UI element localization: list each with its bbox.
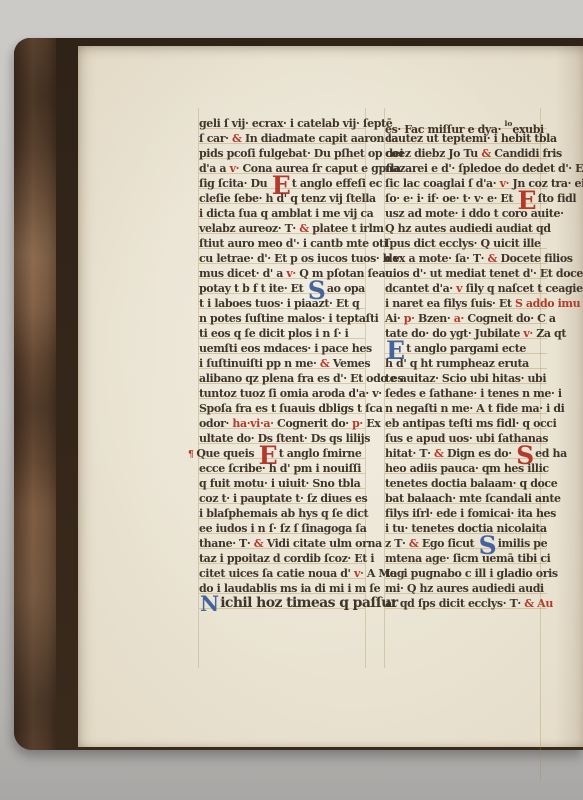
text-segment: do i laudablis ms ia di mi i m ſe [199, 582, 380, 595]
text-segment: & [299, 222, 312, 235]
text-segment: Vemes [333, 357, 370, 370]
text-segment: platee t irlm [312, 222, 383, 235]
text-segment: at qd ſps dicit ecclys· T· [385, 597, 524, 610]
text-segment: cautez ut teptemi· i hebit tbla [385, 132, 557, 145]
text-segment: tenetes doctia balaam· q doce [385, 477, 557, 490]
text-segment: & [409, 537, 422, 550]
text-segment: odor· [199, 417, 232, 430]
text-segment: a· [454, 312, 468, 325]
text-segment: ao opa [327, 282, 365, 295]
text-line: tuntoz tuoz ſi omia aroda d'a· v· [199, 386, 365, 401]
text-segment: velabz aureoz· T· [199, 222, 299, 235]
text-line: citet uices ſa catie noua d' v· A Mag [199, 566, 365, 581]
text-segment: Ai· [385, 312, 404, 325]
text-segment: thane· T· [199, 537, 254, 550]
text-line: ſo· e· i· if· oe· t· v· e· Et Eſto fidl [385, 191, 547, 206]
text-segment: v· [500, 177, 513, 190]
text-segment: ſo· e· i· if· oe· t· v· e· Et [385, 192, 517, 205]
text-line: i tu· tenetes doctia nicolaita [385, 521, 547, 536]
text-line: bat balaach· mte ſcandali ante [385, 491, 547, 506]
text-segment: & Au [524, 597, 553, 610]
text-line: dcantet d'a· v ſily q naſcet t ceagie [385, 281, 547, 296]
text-segment: ichil hoz timeas q paſſur [220, 595, 397, 611]
text-segment: q fuit motu· i uiuit· Sno tbla [199, 477, 360, 490]
text-segment: ſto fidl [538, 192, 577, 205]
text-line: mtena age· ſicm uemā tibi ci [385, 551, 547, 566]
text-line: es· Fac miſſur e dya· loexubi [385, 116, 547, 131]
text-line: t i laboes tuos· i piaazt· Et q [199, 296, 365, 311]
stacked-page-edges [54, 43, 80, 747]
text-segment: v· [523, 327, 536, 340]
text-segment: v· [230, 162, 243, 175]
text-segment: & [320, 357, 333, 370]
text-line: ſ car· & In diadmate capit aaron la [199, 131, 365, 146]
text-line: tate do· do ygt· Jubilate v· Za qt [385, 326, 547, 341]
text-line: eb antipas teſti ms fidl· q occi [385, 416, 547, 431]
text-segment: alibano qz plena fra es d'· Et odo es [199, 372, 403, 385]
drop-cap-initial: N [199, 591, 220, 616]
text-segment: te auitaz· Scio ubi hitas· ubi [385, 372, 546, 385]
text-segment: S addo imu [515, 297, 580, 310]
text-line: cu letrae· d'· Et p os iucos tuos· b v [199, 251, 365, 266]
text-line: alibano qz plena fra es d'· Et odo es [199, 371, 365, 386]
text-segment: h d' q ht rumpheaz eruta [385, 357, 529, 370]
text-line: usz ad mote· i ddo t coro auite· [385, 206, 547, 221]
text-segment: d'a a [199, 162, 230, 175]
text-segment: Ex [366, 417, 380, 430]
text-line: ſpus dict ecclys· Q uicit ille [385, 236, 547, 251]
text-segment: Ego ſicut [422, 537, 478, 550]
text-line: coz t· i pauptate t· ſz diues es [199, 491, 365, 506]
text-line: Q hz autes audiedi audiat qd [385, 221, 547, 236]
text-segment: to· i pugnabo c ill i gladio oris [385, 567, 558, 580]
text-line: tenetes doctia balaam· q doce [385, 476, 547, 491]
text-segment: taz i ppoitaz d cordib ſcoz· Et i [199, 552, 374, 565]
text-segment: eb antipas teſti ms fidl· q occi [385, 417, 556, 430]
text-segment: ſ car· [199, 132, 232, 145]
text-line: taz i ppoitaz d cordib ſcoz· Et i [199, 551, 365, 566]
manuscript-photo: geli ſ vij· ecrax· i catelab vij· ſeptēſ… [0, 0, 583, 800]
text-segment: n negaſti n me· A t fide ma· i di [385, 402, 564, 415]
text-line: hitat· T· & Dign es do· Sed ha [385, 446, 547, 461]
text-segment: Cona aurea ſr caput e gpſla [242, 162, 400, 175]
text-line: Ai· p· Bzen· a· Cogneit do· C a [385, 311, 547, 326]
text-segment: i naret ea filys ſuis· Et [385, 297, 515, 310]
text-segment: p· [352, 417, 366, 430]
text-segment: ed ha [535, 447, 567, 460]
text-line: dex a mote· ſa· T· & Docete filios [385, 251, 547, 266]
text-line: geli ſ vij· ecrax· i catelab vij· ſeptē [199, 116, 365, 131]
text-segment: & [488, 252, 501, 265]
text-line: te auitaz· Scio ubi hitas· ubi [385, 371, 547, 386]
text-segment: cleſie ſebe· h d' q tenz vij ſtella [199, 192, 376, 205]
text-segment: z T· [385, 537, 409, 550]
text-line: coez diebz Jo Tu & Candidi fris [385, 146, 547, 161]
text-segment: i blaſphemais ab hys q ſe dict [199, 507, 368, 520]
text-segment: ecce ſcribe· h d' pm i nouiſſi [199, 462, 361, 475]
text-line: i dicta ſua q amblat i me vij ca [199, 206, 365, 221]
text-segment: i dicta ſua q amblat i me vij ca [199, 207, 373, 220]
text-line: q fuit motu· i uiuit· Sno tbla [199, 476, 365, 491]
text-line: filys iſrl· ede i fomicai· ita hes [385, 506, 547, 521]
text-line: ſtiut auro meo d'· i cantb mte oti [199, 236, 365, 251]
text-line: uios d'· ut mediat tenet d'· Et doce [385, 266, 547, 281]
text-line: cleſie ſebe· h d' q tenz vij ſtella [199, 191, 365, 206]
text-segment: hitat· T· [385, 447, 434, 460]
text-segment: ſic lac coaglai ſ d'a· [385, 177, 500, 190]
text-segment: heo adiis pauca· qm hes illic [385, 462, 549, 475]
text-segment: potay t b f t ite· Et [199, 282, 307, 295]
text-segment: t anglo ſmirne [279, 447, 362, 460]
text-line: potay t b f t ite· Et Sao opa [199, 281, 365, 296]
text-segment: & [254, 537, 267, 550]
text-line: cautez ut teptemi· i hebit tbla [385, 131, 547, 146]
text-line: ee iudos i n ſ· ſz ſ ſinagoga ſa [199, 521, 365, 536]
text-segment: mtena age· ſicm uemā tibi ci [385, 552, 550, 565]
text-line: ti eos q ſe dicit plos i n ſ· i [199, 326, 365, 341]
text-segment: Cognerit do· [277, 417, 352, 430]
text-segment: ſpus dict ecclys· Q uicit ille [385, 237, 541, 250]
text-segment: n potes ſuſtine malos· i teptaſti [199, 312, 378, 325]
text-segment: In diadmate capit aaron la [245, 132, 398, 145]
text-line: i naret ea filys ſuis· Et S addo imu [385, 296, 547, 311]
text-line: Nichil hoz timeas q paſſur [199, 596, 365, 611]
text-line: mus dicet· d' a v· Q m pſotan ſeac [199, 266, 365, 281]
text-segment: p· [404, 312, 418, 325]
text-segment: uemſti eos mdaces· i pace hes [199, 342, 372, 355]
text-line: Spoſa fra es t ſuauis dbligs t ſca [199, 401, 365, 416]
text-segment: citet uices ſa catie noua d' [199, 567, 354, 580]
text-segment: Bzen· [418, 312, 454, 325]
text-line: i blaſphemais ab hys q ſe dict [199, 506, 365, 521]
book: geli ſ vij· ecrax· i catelab vij· ſeptēſ… [14, 38, 583, 750]
text-segment: Cogneit do· C a [467, 312, 555, 325]
text-segment: Que queis [196, 447, 257, 460]
text-column-left: geli ſ vij· ecrax· i catelab vij· ſeptēſ… [199, 116, 365, 613]
text-column-right: es· Fac miſſur e dya· loexubicautez ut t… [385, 116, 547, 613]
text-line: i ſuſtinuiſti pp n me· & Vemes [199, 356, 365, 371]
text-line: thane· T· & Vidi citate ulm orna [199, 536, 365, 551]
text-segment: dex a mote· ſa· T· [385, 252, 488, 265]
text-line: n negaſti n me· A t fide ma· i di [385, 401, 547, 416]
text-segment: t i laboes tuos· i piaazt· Et q [199, 297, 359, 310]
text-segment: Vidi citate ulm orna [267, 537, 382, 550]
manuscript-page: geli ſ vij· ecrax· i catelab vij· ſeptēſ… [78, 46, 583, 747]
text-segment: bat balaach· mte ſcandali ante [385, 492, 561, 505]
text-segment: v [456, 282, 465, 295]
text-segment: Za qt [536, 327, 566, 340]
text-segment: geli ſ vij· ecrax· i catelab vij· ſeptē [199, 117, 392, 130]
text-line: ecce ſcribe· h d' pm i nouiſſi [199, 461, 365, 476]
text-line: uemſti eos mdaces· i pace hes [199, 341, 365, 356]
text-line: ¶Que queis Et anglo ſmirne [199, 446, 365, 461]
text-line: ſig ſcita· Du Et anglo effeſi ec [199, 176, 365, 191]
text-segment: ee iudos i n ſ· ſz ſ ſinagoga ſa [199, 522, 366, 535]
text-segment: ti eos q ſe dicit plos i n ſ· i [199, 327, 348, 340]
text-segment: Docete filios [500, 252, 572, 265]
text-segment: uios d'· ut mediat tenet d'· Et doce [385, 267, 583, 280]
text-segment: i tu· tenetes doctia nicolaita [385, 522, 547, 535]
text-segment: ſedes e ſathane· i tenes n me· i [385, 387, 562, 400]
text-segment: ſig ſcita· Du [199, 177, 271, 190]
text-segment: cu letrae· d'· Et p os iucos tuos· b v [199, 252, 399, 265]
text-line: z T· & Ego ſicut Similis pe [385, 536, 547, 551]
text-line: Et anglo pargami ecte [385, 341, 547, 356]
text-segment: Q hz autes audiedi audiat qd [385, 222, 551, 235]
text-segment: Candidi fris [494, 147, 562, 160]
text-segment: ſtiut auro meo d'· i cantb mte oti [199, 237, 388, 250]
text-line: nazarei e d'· ſpledoe do dedet d'· Et [385, 161, 547, 176]
text-segment: v· [286, 267, 299, 280]
text-line: pids pcoſi fulgebat· Du pſhet op dei [199, 146, 365, 161]
text-segment: dcantet d'a· [385, 282, 456, 295]
text-line: h d' q ht rumpheaz eruta [385, 356, 547, 371]
text-segment: ultate do· Ds ſtent· Ds qs lilijs [199, 432, 370, 445]
text-segment: mi· Q hz aures audiedi audi [385, 582, 544, 595]
text-segment: filys iſrl· ede i fomicai· ita hes [385, 507, 556, 520]
text-segment: v· [354, 567, 367, 580]
text-segment: Spoſa fra es t ſuauis dbligs t ſca [199, 402, 382, 415]
text-line: velabz aureoz· T· & platee t irlm [199, 221, 365, 236]
text-segment: ſily q naſcet t ceagie [466, 282, 583, 295]
text-segment: coez diebz Jo Tu [385, 147, 481, 160]
text-segment: t anglo pargami ecte [406, 342, 526, 355]
text-segment: mus dicet· d' a [199, 267, 286, 280]
text-line: do i laudablis ms ia di mi i m ſe [199, 581, 365, 596]
text-segment: coz t· i pauptate t· ſz diues es [199, 492, 367, 505]
text-line: to· i pugnabo c ill i gladio oris [385, 566, 547, 581]
text-segment: t anglo effeſi ec [292, 177, 382, 190]
text-line: n potes ſuſtine malos· i teptaſti [199, 311, 365, 326]
text-line: ſedes e ſathane· i tenes n me· i [385, 386, 547, 401]
text-segment: ha·vi·a· [232, 417, 277, 430]
text-line: odor· ha·vi·a· Cognerit do· p· Ex [199, 416, 365, 431]
text-segment: nazarei e d'· ſpledoe do dedet d'· Et [385, 162, 583, 175]
paraph-mark: ¶ [188, 450, 193, 460]
text-line: heo adiis pauca· qm hes illic [385, 461, 547, 476]
text-segment: & [434, 447, 447, 460]
text-segment: Dign es do· [447, 447, 515, 460]
text-segment: & [481, 147, 494, 160]
text-line: mi· Q hz aures audiedi audi [385, 581, 547, 596]
text-segment: pids pcoſi fulgebat· Du pſhet op dei [199, 147, 403, 160]
text-line: at qd ſps dicit ecclys· T· & Au [385, 596, 547, 611]
text-line: ultate do· Ds ſtent· Ds qs lilijs [199, 431, 365, 446]
text-segment: & [232, 132, 245, 145]
text-segment: i ſuſtinuiſti pp n me· [199, 357, 320, 370]
text-segment: tuntoz tuoz ſi omia aroda d'a· v· [199, 387, 382, 400]
text-segment: imilis pe [498, 537, 547, 550]
book-spine-leather [14, 38, 56, 750]
text-segment: usz ad mote· i ddo t coro auite· [385, 207, 564, 220]
